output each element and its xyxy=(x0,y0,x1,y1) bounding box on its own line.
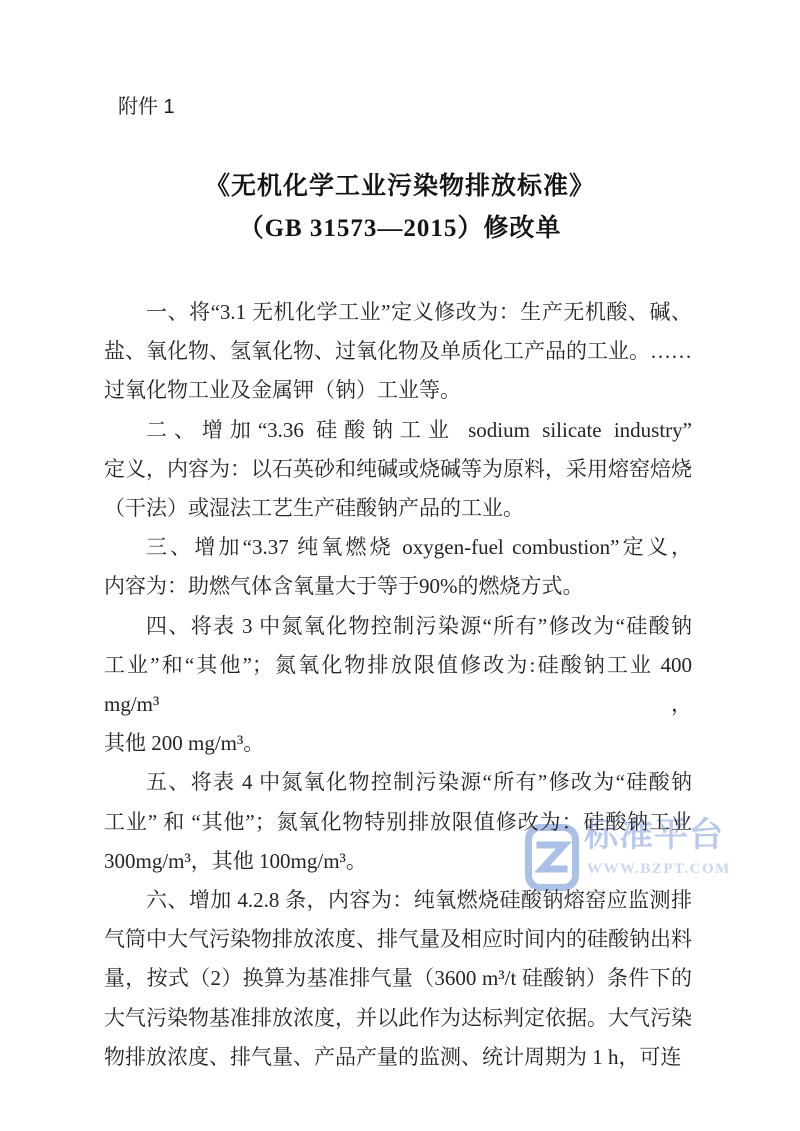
document-title-line1: 《无机化学工业污染物排放标准》 xyxy=(0,166,800,208)
document-title-line2: （GB 31573—2015）修改单 xyxy=(0,208,800,250)
body-line: 工业” 和 “其他”；氮氧化物特别排放限值修改为：硅酸钠工业 xyxy=(104,803,692,842)
body-line: 定义，内容为：以石英砂和纯碱或烧碱等为原料，采用熔窑焙烧 xyxy=(104,450,692,489)
document-title: 《无机化学工业污染物排放标准》 （GB 31573—2015）修改单 xyxy=(0,166,800,250)
document-body: 一、将“3.1 无机化学工业”定义修改为：生产无机酸、碱、 盐、氧化物、氢氧化物… xyxy=(104,293,692,1077)
body-line: 一、将“3.1 无机化学工业”定义修改为：生产无机酸、碱、 xyxy=(104,293,692,332)
body-line: 五、将表 4 中氮氧化物控制污染源“所有”修改为“硅酸钠 xyxy=(104,763,692,802)
body-line: 三、增加“3.37 纯氧燃烧 oxygen-fuel combustion”定义… xyxy=(104,528,692,567)
body-line: 过氧化物工业及金属钾（钠）工业等。 xyxy=(104,371,692,410)
attachment-label: 附件 1 xyxy=(118,90,175,119)
body-line: 大气污染物基准排放浓度，并以此作为达标判定依据。大气污染 xyxy=(104,999,692,1038)
body-line: 其他 200 mg/m³。 xyxy=(104,724,692,763)
body-line: 工业”和“其他”；氮氧化物排放限值修改为:硅酸钠工业 400 mg/m³， xyxy=(104,646,692,724)
document-page: 标准平台 WWW.BZPT.COM 附件 1 《无机化学工业污染物排放标准》 （… xyxy=(0,0,800,1131)
body-line: 量，按式（2）换算为基准排气量（3600 m³/t 硅酸钠）条件下的 xyxy=(104,959,692,998)
body-line: （干法）或湿法工艺生产硅酸钠产品的工业。 xyxy=(104,489,692,528)
body-line: 物排放浓度、排气量、产品产量的监测、统计周期为 1 h，可连 xyxy=(104,1038,692,1077)
body-line: 300mg/m³，其他 100mg/m³。 xyxy=(104,842,692,881)
body-line: 盐、氧化物、氢氧化物、过氧化物及单质化工产品的工业。…… xyxy=(104,332,692,371)
body-line: 四、将表 3 中氮氧化物控制污染源“所有”修改为“硅酸钠 xyxy=(104,607,692,646)
body-line: 六、增加 4.2.8 条，内容为：纯氧燃烧硅酸钠熔窑应监测排 xyxy=(104,881,692,920)
body-line: 气筒中大气污染物排放浓度、排气量及相应时间内的硅酸钠出料 xyxy=(104,920,692,959)
body-line: 二、增加“3.36 硅酸钠工业 sodium silicate industry… xyxy=(104,411,692,450)
body-line: 内容为：助燃气体含氧量大于等于90%的燃烧方式。 xyxy=(104,567,692,606)
